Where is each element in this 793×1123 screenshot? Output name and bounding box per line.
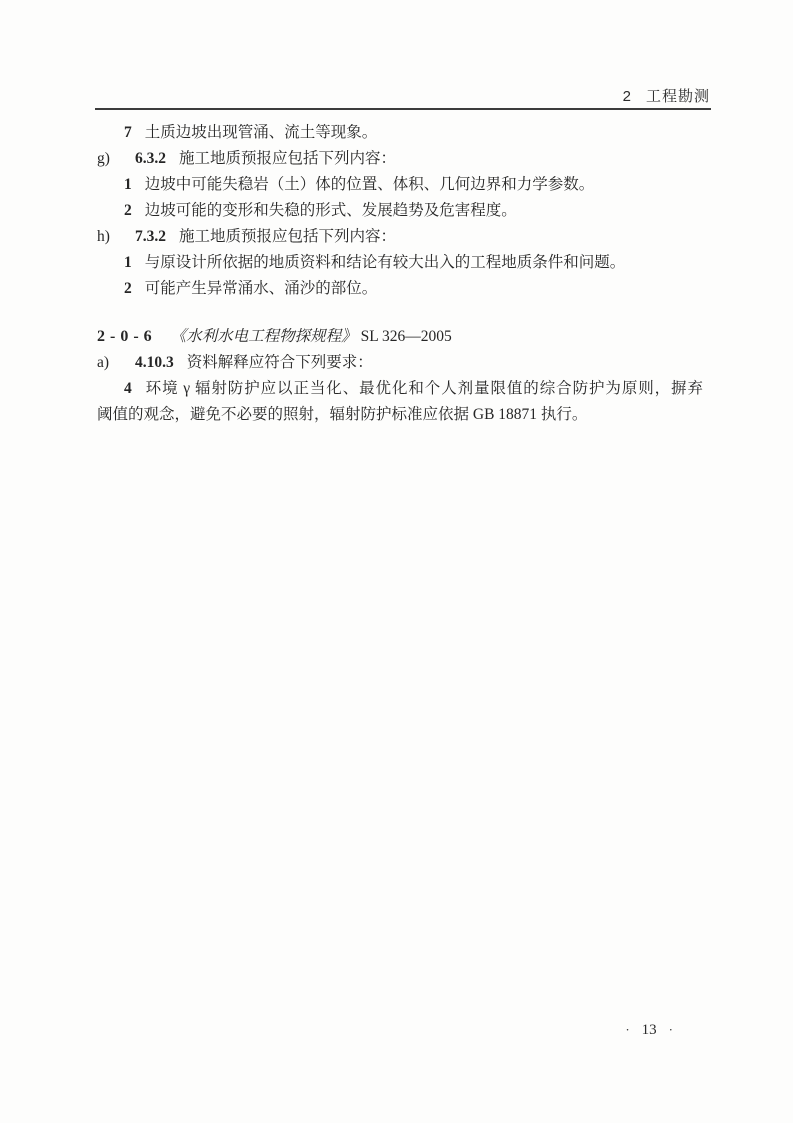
chapter-number: 2 [623, 88, 632, 105]
item-text: 可能产生异常涌水、涌沙的部位。 [145, 280, 378, 297]
clause-label: g) [97, 146, 135, 172]
clause-text: 资料解释应符合下列要求： [187, 354, 373, 371]
item-text: 与原设计所依据的地质资料和结论有较大出入的工程地质条件和问题。 [145, 254, 626, 271]
item-text: 边坡中可能失稳岩（土）体的位置、体积、几何边界和力学参数。 [145, 176, 595, 193]
item-text: 土质边坡出现管涌、流土等现象。 [145, 124, 378, 141]
footer-left-dot: · [625, 1022, 629, 1037]
clause-text: 施工地质预报应包括下列内容： [179, 228, 396, 245]
standard-book-title: 《水利水电工程物探规程》 [171, 328, 357, 345]
standard-heading: 2-0-6《水利水电工程物探规程》SL 326—2005 [97, 324, 703, 350]
clause-item: h)7.3.2施工地质预报应包括下列内容： [97, 224, 703, 250]
item-number: 4 [124, 380, 132, 397]
list-item: 2可能产生异常涌水、涌沙的部位。 [97, 276, 703, 302]
clause-number: 7.3.2 [135, 228, 166, 245]
clause-label: h) [97, 224, 135, 250]
page-footer: ·13· [613, 1022, 685, 1039]
paragraph-line: 阈值的观念，避免不必要的照射，辐射防护标准应依据 GB 18871 执行。 [97, 402, 703, 428]
item-number: 1 [124, 254, 132, 271]
standard-code: SL 326—2005 [361, 328, 452, 345]
clause-item: g)6.3.2施工地质预报应包括下列内容： [97, 146, 703, 172]
chapter-title: 工程勘测 [646, 88, 710, 105]
footer-right-dot: · [669, 1022, 673, 1037]
page-number: 13 [642, 1022, 657, 1038]
document-body: 7土质边坡出现管涌、流土等现象。 g)6.3.2施工地质预报应包括下列内容： 1… [97, 120, 703, 428]
clause-label: a) [97, 350, 135, 376]
paragraph-text: 环境 γ 辐射防护应以正当化、最优化和个人剂量限值的综合防护为原则，摒弃 [145, 380, 703, 397]
item-number: 1 [124, 176, 132, 193]
paragraph-line: 4环境 γ 辐射防护应以正当化、最优化和个人剂量限值的综合防护为原则，摒弃 [97, 376, 703, 402]
item-number: 2 [124, 202, 132, 219]
header-rule [95, 108, 711, 110]
list-item: 1与原设计所依据的地质资料和结论有较大出入的工程地质条件和问题。 [97, 250, 703, 276]
clause-number: 4.10.3 [135, 354, 174, 371]
running-head: 2工程勘测 [623, 85, 710, 106]
list-item: 1边坡中可能失稳岩（土）体的位置、体积、几何边界和力学参数。 [97, 172, 703, 198]
clause-number: 6.3.2 [135, 150, 166, 167]
item-number: 7 [124, 124, 132, 141]
list-item: 2边坡可能的变形和失稳的形式、发展趋势及危害程度。 [97, 198, 703, 224]
standard-section: 2-0-6《水利水电工程物探规程》SL 326—2005 a)4.10.3资料解… [97, 324, 703, 428]
item-text: 边坡可能的变形和失稳的形式、发展趋势及危害程度。 [145, 202, 517, 219]
item-number: 2 [124, 280, 132, 297]
standard-id: 2-0-6 [97, 328, 157, 345]
clause-item: a)4.10.3资料解释应符合下列要求： [97, 350, 703, 376]
clause-text: 施工地质预报应包括下列内容： [179, 150, 396, 167]
list-item: 7土质边坡出现管涌、流土等现象。 [97, 120, 703, 146]
